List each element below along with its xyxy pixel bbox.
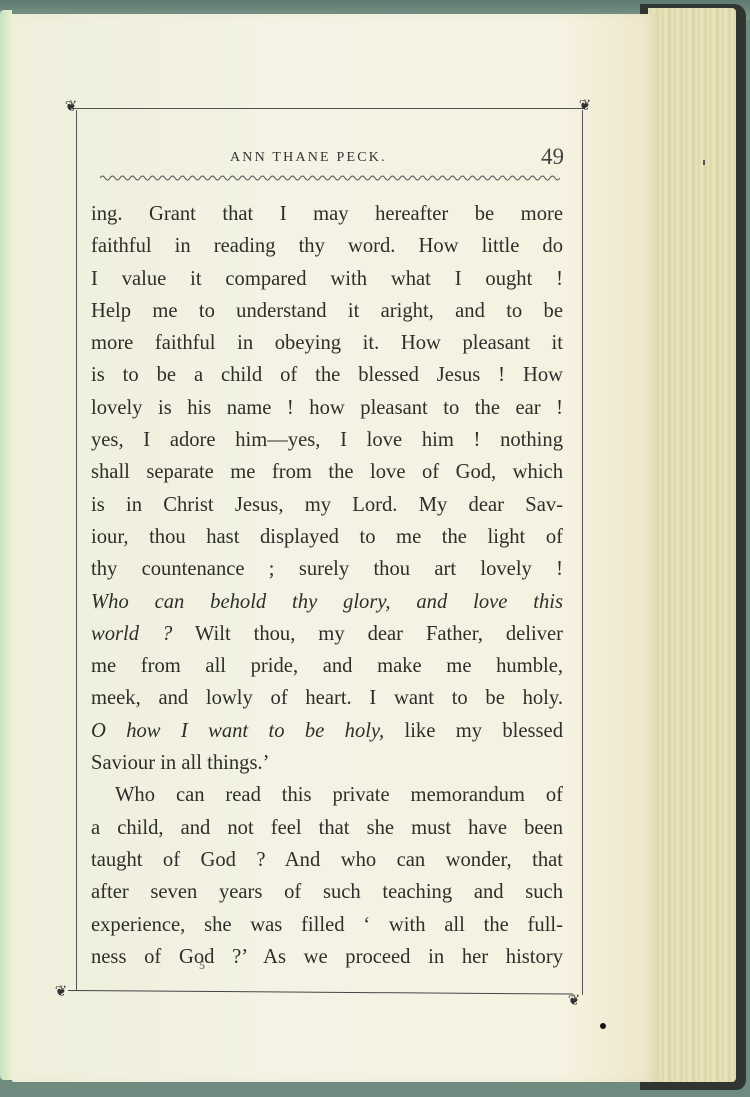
text-line: me from all pride, and make me humble, [91, 650, 563, 682]
text-run: yes, I adore him—yes, I love him ! nothi… [91, 429, 563, 451]
running-head-title: ANN THANE PECK. [230, 150, 387, 166]
text-run: shall separate me from the love of God, … [91, 461, 563, 483]
text-run: ness of God ?’ As we proceed in her hist… [91, 946, 563, 968]
corner-ornament-icon: ❦ [577, 97, 593, 113]
text-line: I value it compared with what I ought ! [91, 263, 563, 295]
text-run: experience, she was filled ‘ with all th… [91, 914, 563, 936]
text-line: thy countenance ; surely thou art lovely… [91, 553, 563, 585]
text-run: Help me to understand it aright, and to … [91, 300, 563, 322]
wavy-rule [100, 174, 560, 182]
text-line: meek, and lowly of heart. I want to be h… [91, 682, 563, 714]
text-line: Who can behold thy glory, and love this [91, 586, 563, 618]
page-stack-fore-edge [648, 8, 736, 1082]
text-run: after seven years of such teaching and s… [91, 881, 563, 903]
text-run: iour, thou hast displayed to me the ligh… [91, 526, 563, 548]
text-line: after seven years of such teaching and s… [91, 876, 563, 908]
text-run: thy countenance ; surely thou art lovely… [91, 558, 563, 580]
italic-text: world ? [91, 623, 172, 645]
text-line: ing. Grant that I may hereafter be more [91, 198, 563, 230]
text-line: yes, I adore him—yes, I love him ! nothi… [91, 424, 563, 456]
frame-rule-top [72, 108, 584, 109]
text-run: taught of God ? And who can wonder, that [91, 849, 563, 871]
text-run: is to be a child of the blessed Jesus ! … [91, 364, 563, 386]
facing-page-edge [0, 10, 12, 1080]
text-line: faithful in reading thy word. How little… [91, 230, 563, 262]
page-number: 49 [541, 144, 564, 170]
corner-ornament-icon: ❦ [566, 992, 582, 1008]
italic-text: O how I want to be holy, [91, 720, 384, 742]
text-line: is to be a child of the blessed Jesus ! … [91, 359, 563, 391]
running-head: ANN THANE PECK. 49 [92, 144, 564, 170]
body-text: ing. Grant that I may hereafter be moref… [91, 198, 563, 973]
frame-rule-right [582, 110, 583, 995]
text-line: is in Christ Jesus, my Lord. My dear Sav… [91, 489, 563, 521]
text-run: me from all pride, and make me humble, [91, 655, 563, 677]
text-line: ness of God ?’ As we proceed in her hist… [91, 941, 563, 973]
text-line: O how I want to be holy, like my blessed [91, 715, 563, 747]
text-line: Who can read this private memorandum of [91, 779, 563, 811]
text-run: I value it compared with what I ought ! [91, 268, 563, 290]
text-line: world ? Wilt thou, my dear Father, deliv… [91, 618, 563, 650]
text-line: iour, thou hast displayed to me the ligh… [91, 521, 563, 553]
edge-speck [703, 160, 705, 165]
text-line: Help me to understand it aright, and to … [91, 295, 563, 327]
text-line: experience, she was filled ‘ with all th… [91, 909, 563, 941]
text-line: a child, and not feel that she must have… [91, 812, 563, 844]
text-run: more faithful in obeying it. How pleasan… [91, 332, 563, 354]
text-line: taught of God ? And who can wonder, that [91, 844, 563, 876]
text-line: more faithful in obeying it. How pleasan… [91, 327, 563, 359]
italic-text: Who can behold thy glory, and love this [91, 591, 563, 613]
text-run: is in Christ Jesus, my Lord. My dear Sav… [91, 494, 563, 516]
corner-ornament-icon: ❦ [53, 983, 69, 999]
text-run: faithful in reading thy word. How little… [91, 235, 563, 257]
ink-spot [600, 1023, 606, 1029]
text-run: Saviour in all things.’ [91, 752, 269, 774]
text-run: like my blessed [384, 720, 563, 742]
signature-mark: 5 [199, 958, 205, 973]
text-line: shall separate me from the love of God, … [91, 456, 563, 488]
text-run: Who can read this private memorandum of [115, 784, 563, 806]
text-line: lovely is his name ! how pleasant to the… [91, 392, 563, 424]
text-line: Saviour in all things.’ [91, 747, 563, 779]
text-run: a child, and not feel that she must have… [91, 817, 563, 839]
text-run: meek, and lowly of heart. I want to be h… [91, 687, 563, 709]
frame-rule-left [76, 110, 77, 990]
text-run: Wilt thou, my dear Father, deliver [172, 623, 563, 645]
corner-ornament-icon: ❦ [63, 98, 79, 114]
text-run: lovely is his name ! how pleasant to the… [91, 397, 563, 419]
text-run: ing. Grant that I may hereafter be more [91, 203, 563, 225]
